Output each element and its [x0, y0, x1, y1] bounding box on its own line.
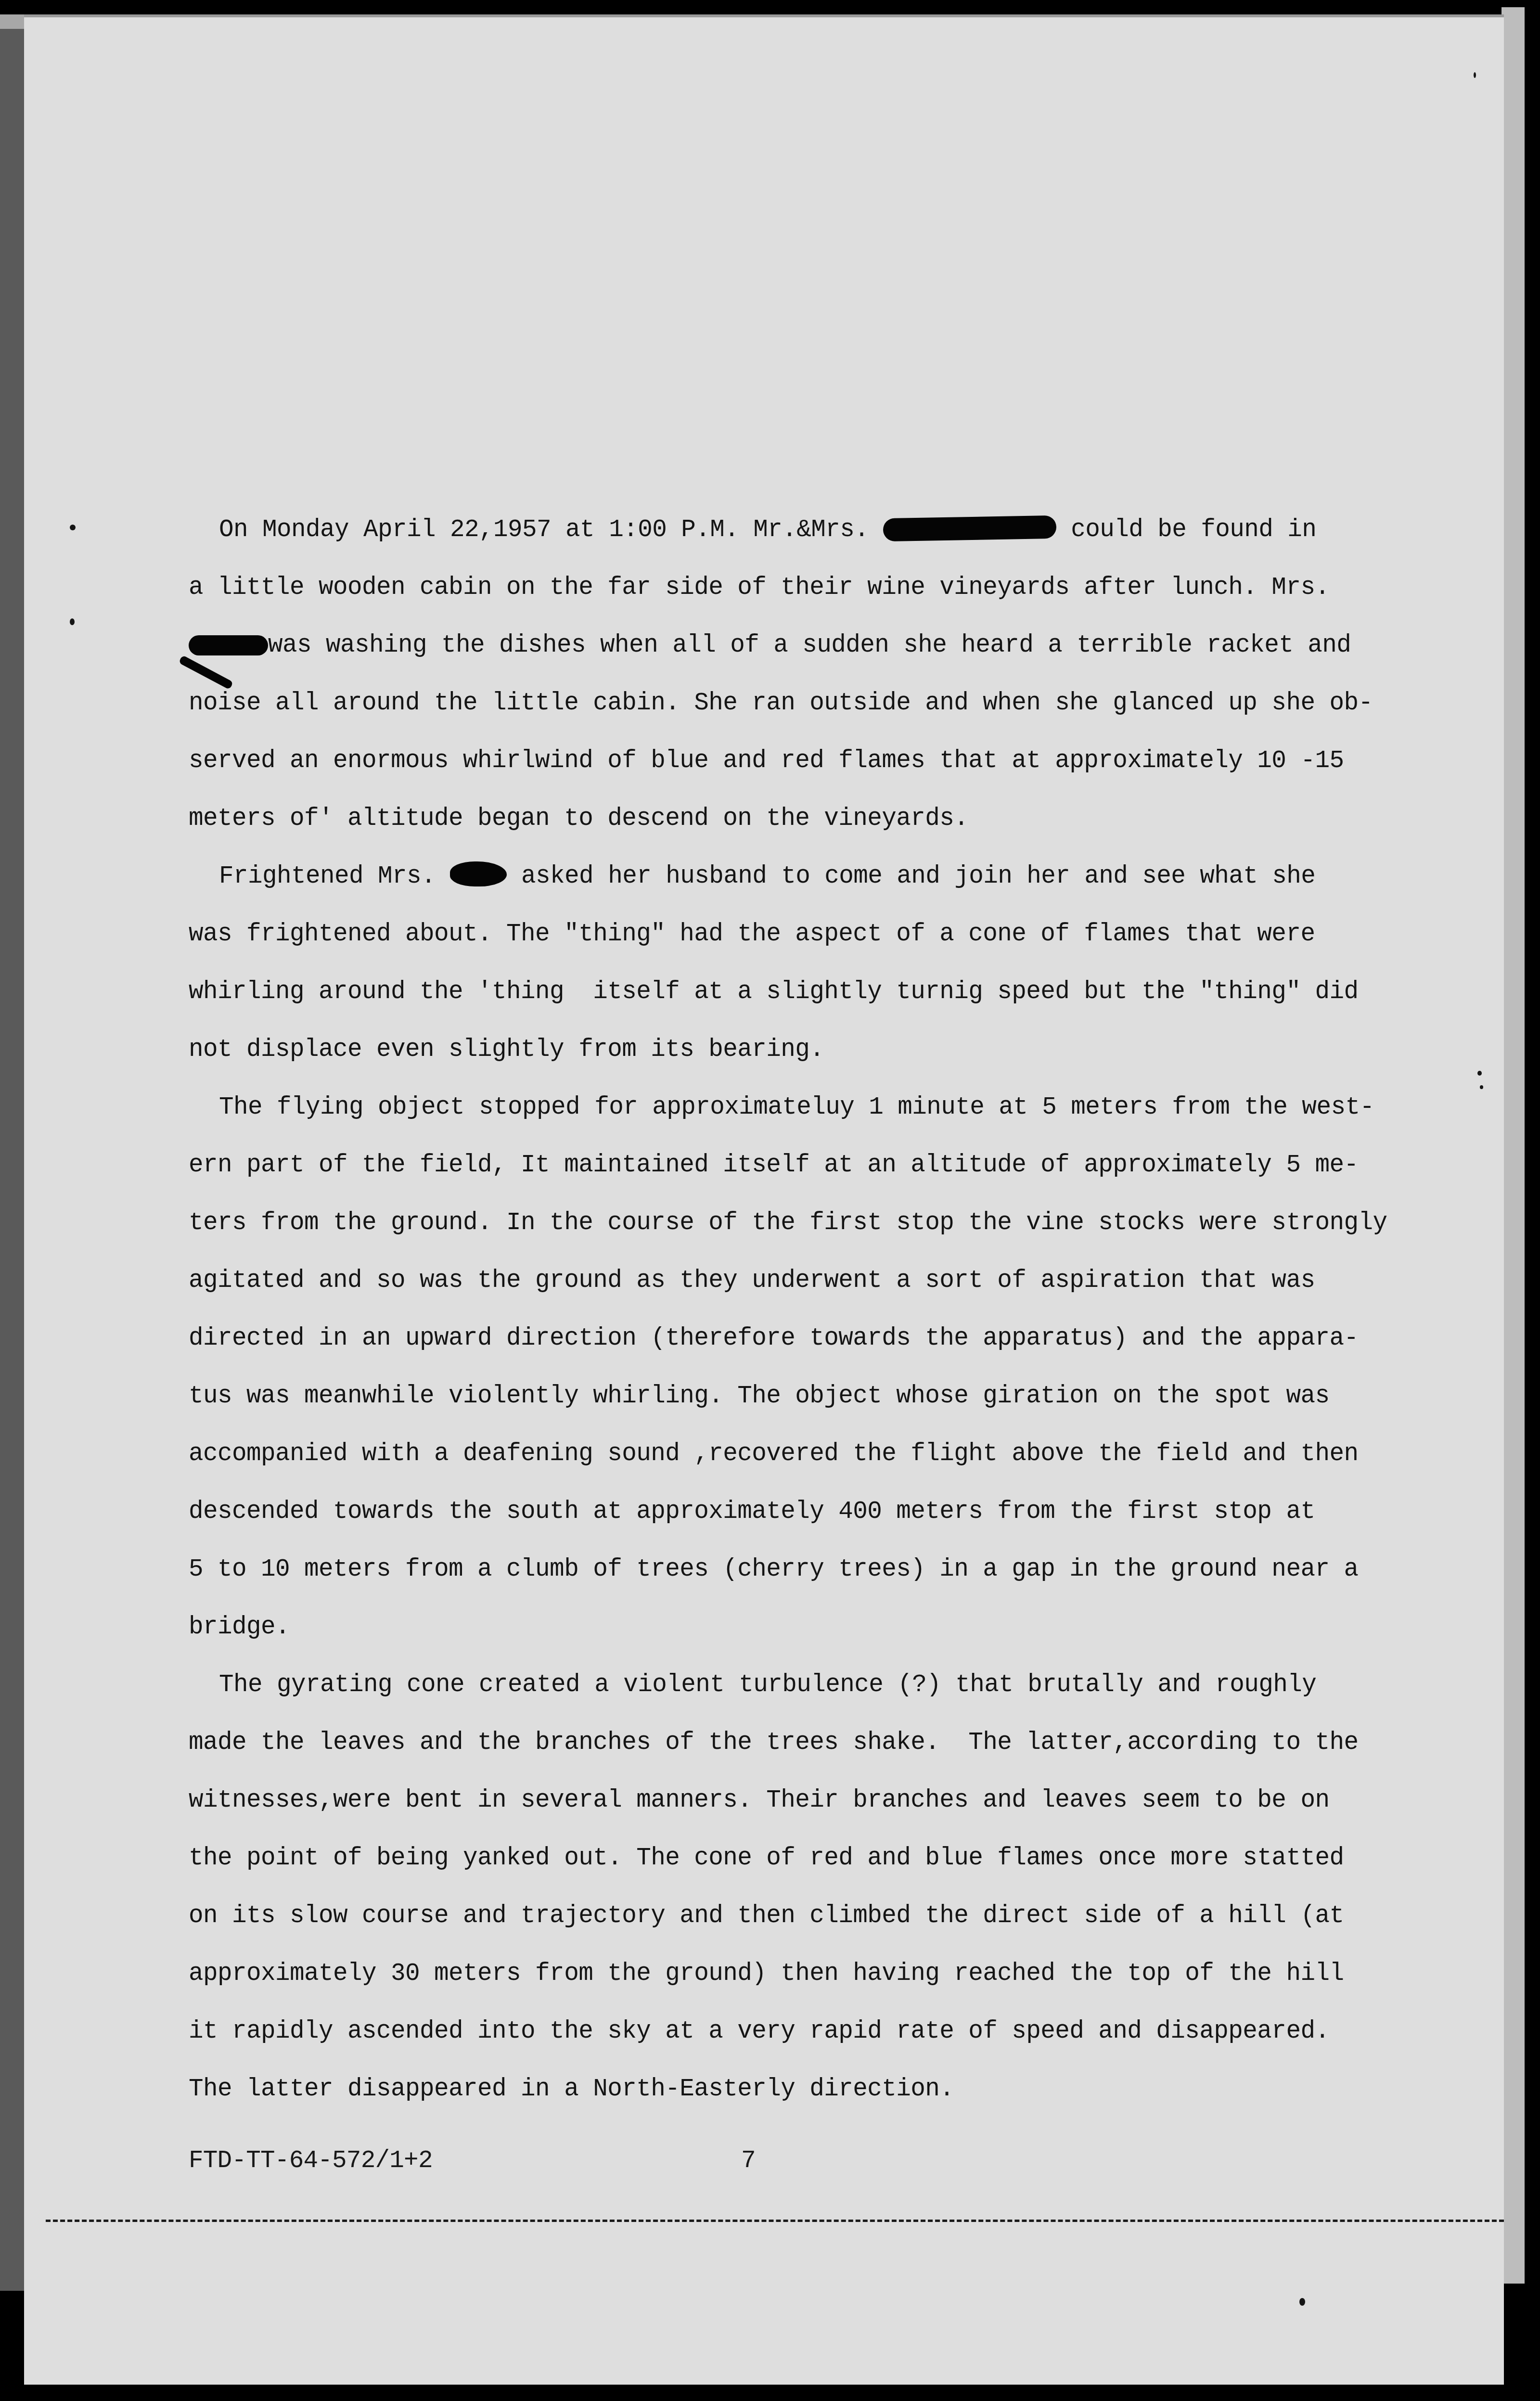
text-segment: on its slow course and trajectory and th… [189, 1902, 1344, 1930]
text-line: On Monday April 22,1957 at 1:00 P.M. Mr.… [189, 501, 1450, 559]
text-segment: tus was meanwhile violently whirling. Th… [189, 1383, 1329, 1410]
text-line: made the leaves and the branches of the … [189, 1714, 1450, 1772]
redaction-mark [450, 861, 507, 886]
text-line: The flying object stopped for approximat… [189, 1079, 1450, 1137]
text-segment: made the leaves and the branches of the … [189, 1729, 1358, 1757]
text-segment: The gyrating cone created a violent turb… [219, 1671, 1316, 1699]
text-line: noise all around the little cabin. She r… [189, 675, 1450, 732]
footer-rule [46, 2220, 1504, 2222]
text-line: the point of being yanked out. The cone … [189, 1830, 1450, 1887]
underlying-sheet-edge-right [1501, 7, 1525, 2284]
document-page: On Monday April 22,1957 at 1:00 P.M. Mr.… [24, 14, 1504, 2385]
text-segment: On Monday April 22,1957 at 1:00 P.M. Mr.… [219, 516, 883, 544]
margin-speck [1477, 1071, 1482, 1076]
margin-speck [1480, 1085, 1483, 1089]
text-segment: asked her husband to come and join her a… [507, 863, 1315, 890]
text-line: a little wooden cabin on the far side of… [189, 559, 1450, 617]
text-line: bridge. [189, 1599, 1450, 1656]
film-edge-left [0, 29, 24, 2291]
page-speck [1299, 2298, 1305, 2306]
text-segment: was washing the dishes when all of a sud… [268, 632, 1351, 659]
text-line: whirling around the 'thing itself at a s… [189, 963, 1450, 1021]
text-segment: descended towards the south at approxima… [189, 1498, 1315, 1526]
text-line: tus was meanwhile violently whirling. Th… [189, 1368, 1450, 1425]
document-body: On Monday April 22,1957 at 1:00 P.M. Mr.… [189, 501, 1450, 2119]
text-line: approximately 30 meters from the ground)… [189, 1945, 1450, 2003]
text-line: it rapidly ascended into the sky at a ve… [189, 2003, 1450, 2061]
text-segment: The latter disappeared in a North-Easter… [189, 2076, 954, 2103]
text-segment: ters from the ground. In the course of t… [189, 1209, 1387, 1237]
text-segment: could be found in [1056, 516, 1316, 544]
redaction-mark [883, 515, 1057, 541]
text-line: agitated and so was the ground as they u… [189, 1252, 1450, 1310]
text-line: directed in an upward direction (therefo… [189, 1310, 1450, 1368]
text-line: meters of' altitude began to descend on … [189, 790, 1450, 848]
page-speck [1474, 72, 1476, 78]
redaction-mark [189, 635, 268, 655]
margin-speck [70, 525, 76, 530]
text-segment: directed in an upward direction (therefo… [189, 1325, 1358, 1352]
page-number: 7 [741, 2147, 756, 2175]
text-line: witnesses,were bent in several manners. … [189, 1772, 1450, 1830]
text-line: accompanied with a deafening sound ,reco… [189, 1425, 1450, 1483]
text-segment: Frightened Mrs. [219, 863, 450, 890]
text-line: 5 to 10 meters from a clumb of trees (ch… [189, 1541, 1450, 1599]
text-segment: The flying object stopped for approximat… [219, 1094, 1374, 1121]
document-code: FTD-TT-64-572/1+2 [189, 2147, 433, 2175]
text-segment: whirling around the 'thing itself at a s… [189, 978, 1358, 1006]
text-line: The gyrating cone created a violent turb… [189, 1656, 1450, 1714]
text-segment: it rapidly ascended into the sky at a ve… [189, 2018, 1329, 2045]
text-line: was frightened about. The "thing" had th… [189, 906, 1450, 963]
text-line: on its slow course and trajectory and th… [189, 1887, 1450, 1945]
text-segment: was frightened about. The "thing" had th… [189, 921, 1315, 948]
text-segment: ern part of the field, It maintained its… [189, 1152, 1358, 1179]
text-line: The latter disappeared in a North-Easter… [189, 2061, 1450, 2119]
page-top-edge [24, 14, 1504, 17]
text-segment: a little wooden cabin on the far side of… [189, 574, 1329, 602]
text-segment: accompanied with a deafening sound ,reco… [189, 1440, 1358, 1468]
text-segment: not displace even slightly from its bear… [189, 1036, 824, 1064]
text-line: served an enormous whirlwind of blue and… [189, 732, 1450, 790]
text-line: Frightened Mrs. asked her husband to com… [189, 848, 1450, 906]
text-segment: approximately 30 meters from the ground)… [189, 1960, 1344, 1988]
text-line: ters from the ground. In the course of t… [189, 1194, 1450, 1252]
margin-speck [70, 618, 75, 625]
text-line: not displace even slightly from its bear… [189, 1021, 1450, 1079]
text-line: ern part of the field, It maintained its… [189, 1137, 1450, 1194]
text-segment: served an enormous whirlwind of blue and… [189, 747, 1344, 775]
text-line: descended towards the south at approxima… [189, 1483, 1450, 1541]
text-segment: bridge. [189, 1614, 290, 1641]
text-segment: 5 to 10 meters from a clumb of trees (ch… [189, 1556, 1358, 1583]
text-segment: witnesses,were bent in several manners. … [189, 1787, 1329, 1814]
text-segment: the point of being yanked out. The cone … [189, 1845, 1344, 1872]
text-segment: noise all around the little cabin. She r… [189, 690, 1373, 717]
film-edge-left-top [0, 14, 24, 29]
text-segment: meters of' altitude began to descend on … [189, 805, 968, 833]
text-segment: agitated and so was the ground as they u… [189, 1267, 1315, 1295]
text-line: was washing the dishes when all of a sud… [189, 617, 1450, 675]
